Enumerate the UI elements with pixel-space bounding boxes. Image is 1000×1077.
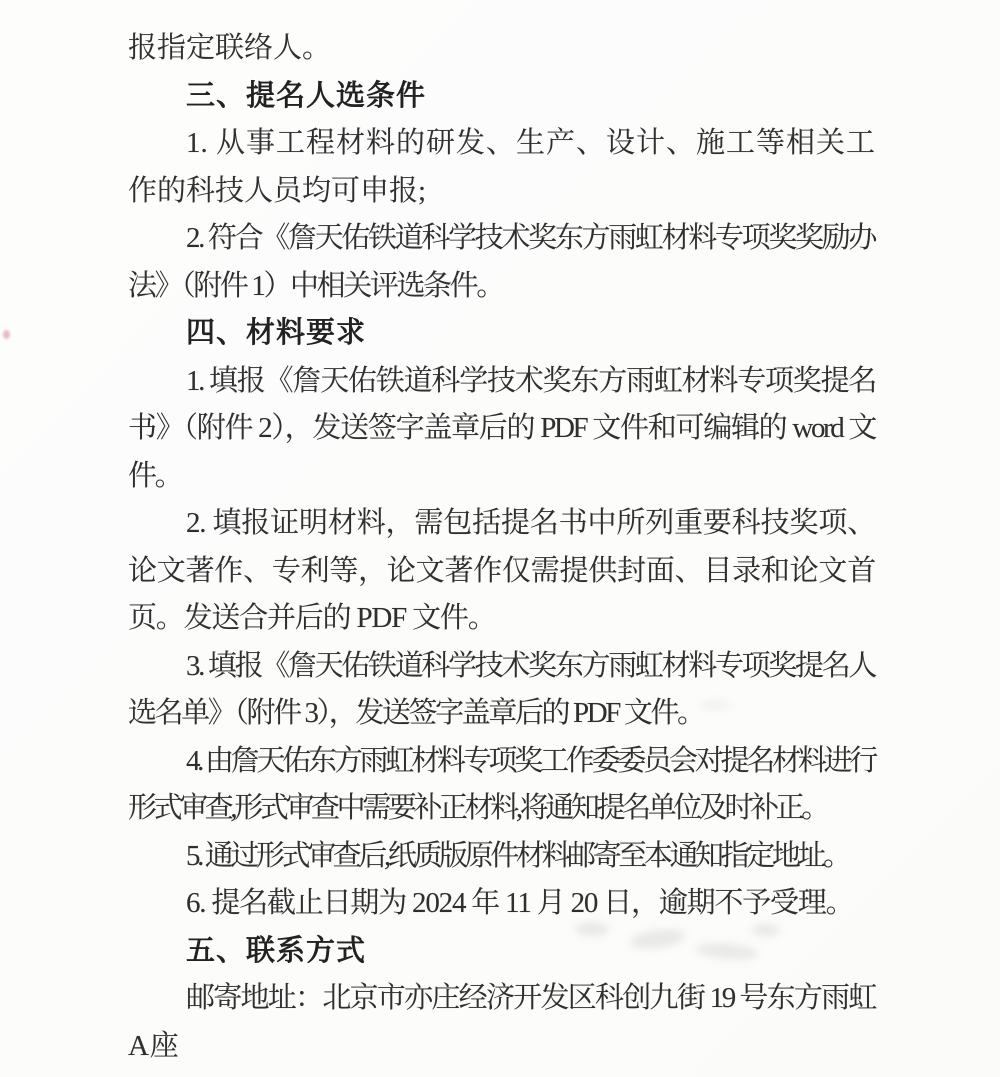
scan-artifact-pink-dot xyxy=(3,330,10,339)
paragraph: 邮寄地址：北京市亦庄经济开发区科创九街 19 号东方雨虹 A 座 xyxy=(128,975,875,1070)
paragraph: 3. 填报《詹天佑铁道科学技术奖东方雨虹材料专项奖提名人选名单》（附件 3），发… xyxy=(128,643,875,738)
paragraph: 5. 通过形式审查后,纸质版原件材料邮寄至本通知指定地址。 xyxy=(128,833,875,881)
document-content: 报指定联络人。三、提名人选条件1. 从事工程材料的研发、生产、设计、施工等相关工… xyxy=(128,25,875,1070)
paragraph: 1. 填报《詹天佑铁道科学技术奖东方雨虹材料专项奖提名书》（附件 2），发送签字… xyxy=(128,358,875,501)
document-page: 报指定联络人。三、提名人选条件1. 从事工程材料的研发、生产、设计、施工等相关工… xyxy=(0,0,1000,1077)
section-heading: 五、联系方式 xyxy=(128,928,875,976)
paragraph: 2. 填报证明材料，需包括提名书中所列重要科技奖项、论文著作、专利等，论文著作仅… xyxy=(128,500,875,643)
paragraph: 6. 提名截止日期为 2024 年 11 月 20 日，逾期不予受理。 xyxy=(128,880,875,928)
paragraph: 4. 由詹天佑东方雨虹材料专项奖工作委委员会对提名材料进行形式审查,形式审查中需… xyxy=(128,738,875,833)
section-heading: 三、提名人选条件 xyxy=(128,73,875,121)
section-heading: 四、材料要求 xyxy=(128,310,875,358)
paragraph: 2. 符合《詹天佑铁道科学技术奖东方雨虹材料专项奖奖励办法》（附件 1）中相关评… xyxy=(128,215,875,310)
paragraph: 1. 从事工程材料的研发、生产、设计、施工等相关工作的科技人员均可申报; xyxy=(128,120,875,215)
paragraph-continuation: 报指定联络人。 xyxy=(128,25,875,73)
